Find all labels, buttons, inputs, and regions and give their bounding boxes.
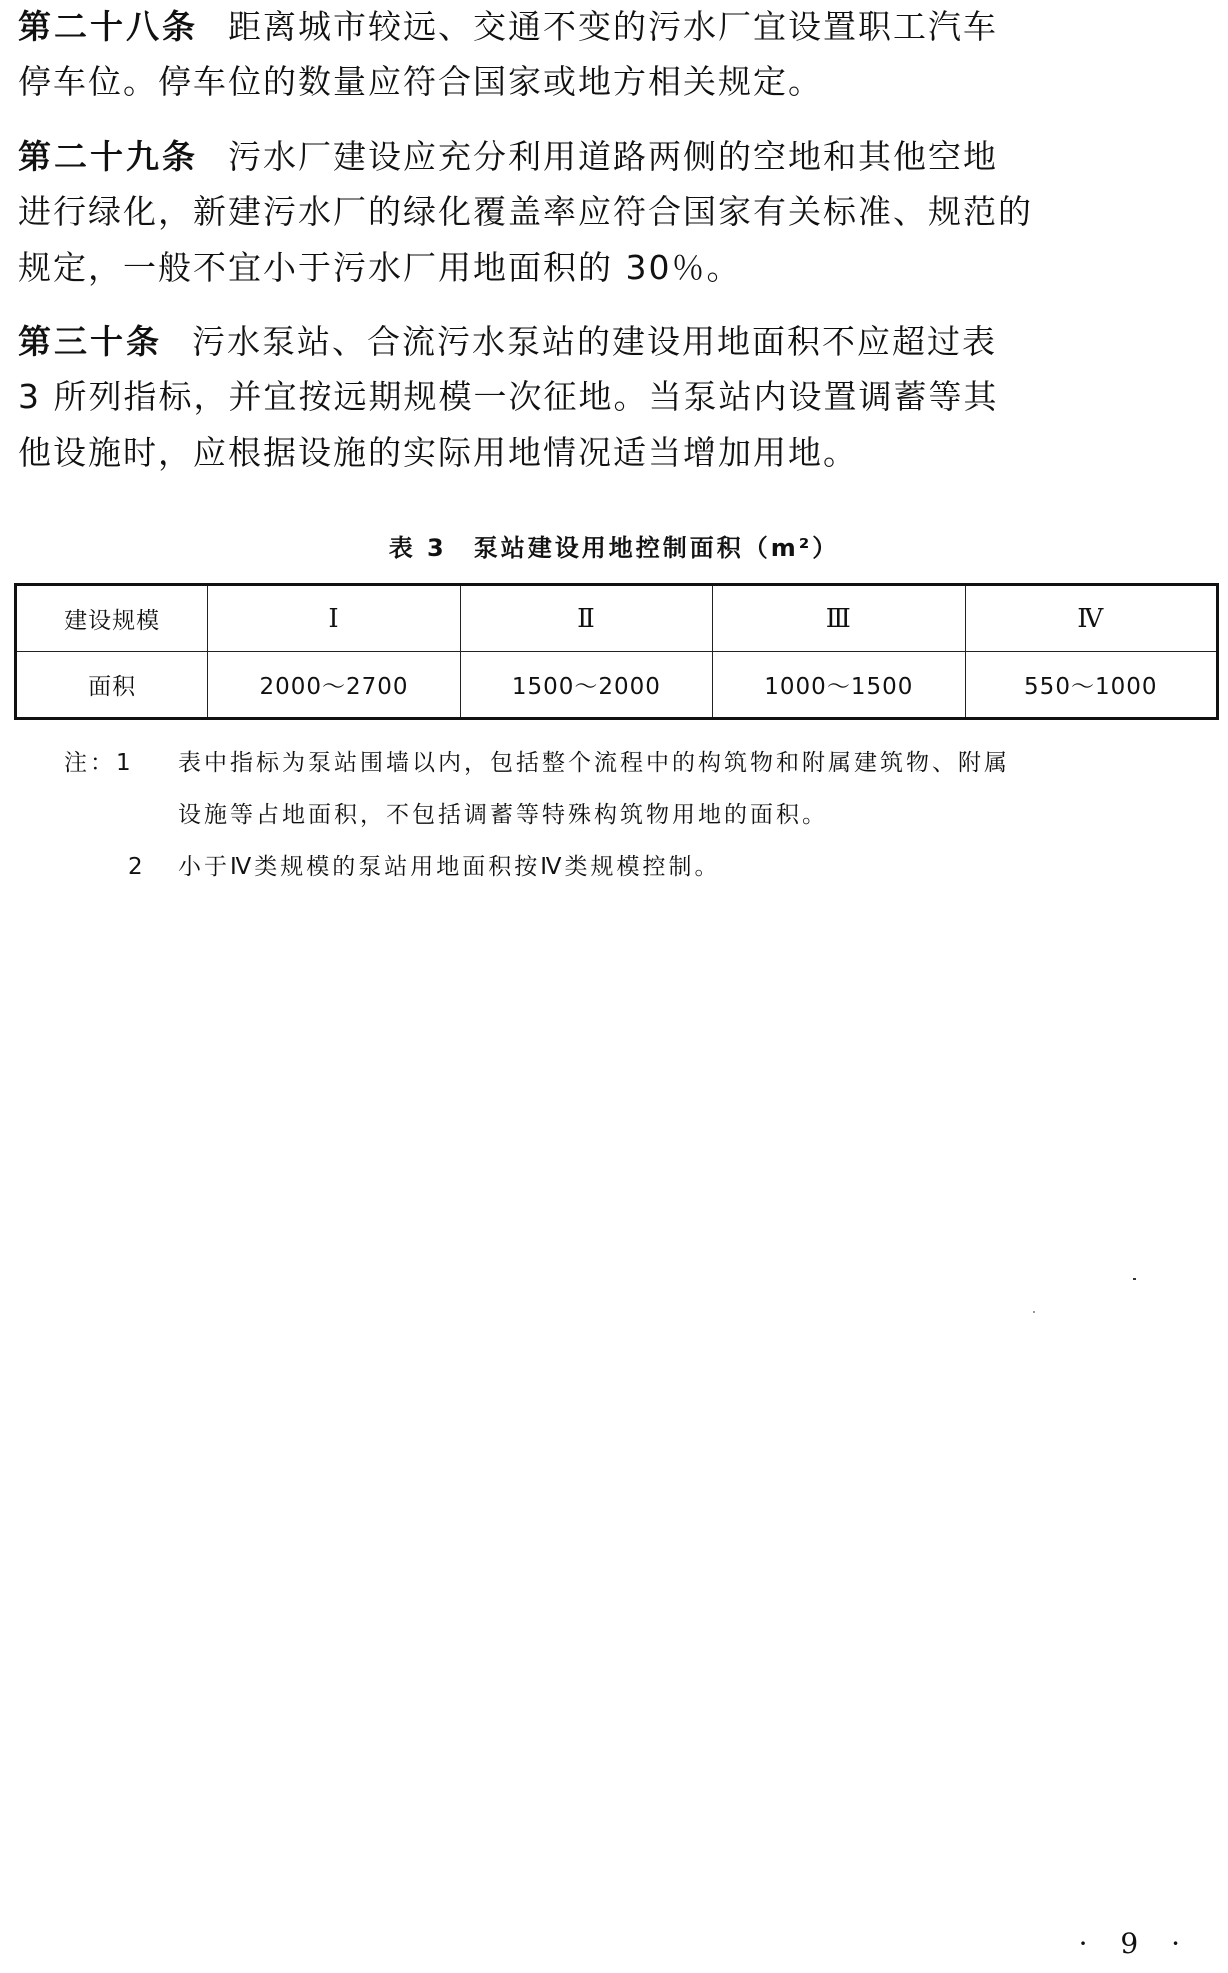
pump-station-area-table: 建设规模 Ⅰ Ⅱ Ⅲ Ⅳ 面积 2000～2700 1500～2000 1000… — [14, 583, 1219, 720]
area-cell-class-4: 550～1000 — [965, 652, 1217, 719]
article-29-number: 第二十九条 — [18, 137, 198, 176]
article-29-text-1: 污水厂建设应充分利用道路两侧的空地和其他空地 — [228, 137, 998, 176]
header-cell-class-3: Ⅲ — [713, 585, 965, 652]
note-2-text: 小于Ⅳ类规模的泵站用地面积按Ⅳ类规模控制。 — [178, 852, 720, 882]
article-30-line-3: 他设施时，应根据设施的实际用地情况适当增加用地。 — [18, 431, 1213, 475]
scan-speck — [1133, 1278, 1136, 1280]
article-30-text-1: 污水泵站、合流污水泵站的建设用地面积不应超过表 — [192, 322, 997, 361]
page-number: · 9 · — [1079, 1927, 1192, 1960]
article-28-text-1: 距离城市较远、交通不变的污水厂宜设置职工汽车 — [228, 7, 998, 46]
note-prefix: 注：1 — [64, 748, 134, 778]
table-row: 面积 2000～2700 1500～2000 1000～1500 550～100… — [16, 652, 1218, 719]
article-30-number: 第三十条 — [18, 322, 162, 361]
area-cell-class-2: 1500～2000 — [460, 652, 712, 719]
note-1-line-1: 表中指标为泵站围墙以内，包括整个流程中的构筑物和附属建筑物、附属 — [178, 748, 1010, 778]
header-cell-class-2: Ⅱ — [460, 585, 712, 652]
article-30-line-2: 3 所列指标，并宜按远期规模一次征地。当泵站内设置调蓄等其 — [18, 375, 1213, 419]
row-label-area: 面积 — [16, 652, 208, 719]
area-cell-class-3: 1000～1500 — [713, 652, 965, 719]
header-cell-class-1: Ⅰ — [208, 585, 460, 652]
note-1-line-2: 设施等占地面积，不包括调蓄等特殊构筑物用地的面积。 — [178, 800, 828, 830]
article-30-line-1: 第三十条污水泵站、合流污水泵站的建设用地面积不应超过表 — [18, 320, 1213, 364]
note-2-number: 2 — [128, 852, 146, 882]
area-cell-class-1: 2000～2700 — [208, 652, 460, 719]
scan-speck — [1033, 1311, 1035, 1313]
header-cell-scale: 建设规模 — [16, 585, 208, 652]
article-29-line-1: 第二十九条污水厂建设应充分利用道路两侧的空地和其他空地 — [18, 135, 1213, 179]
article-28-number: 第二十八条 — [18, 7, 198, 46]
article-28-line-2: 停车位。停车位的数量应符合国家或地方相关规定。 — [18, 60, 1213, 104]
table-caption: 表 3 泵站建设用地控制面积（m²） — [0, 528, 1228, 563]
article-29-line-3: 规定，一般不宜小于污水厂用地面积的 30％。 — [18, 246, 1213, 290]
article-28-line-1: 第二十八条距离城市较远、交通不变的污水厂宜设置职工汽车 — [18, 5, 1213, 49]
table-header-row: 建设规模 Ⅰ Ⅱ Ⅲ Ⅳ — [16, 585, 1218, 652]
article-29-line-2: 进行绿化，新建污水厂的绿化覆盖率应符合国家有关标准、规范的 — [18, 190, 1213, 234]
header-cell-class-4: Ⅳ — [965, 585, 1217, 652]
